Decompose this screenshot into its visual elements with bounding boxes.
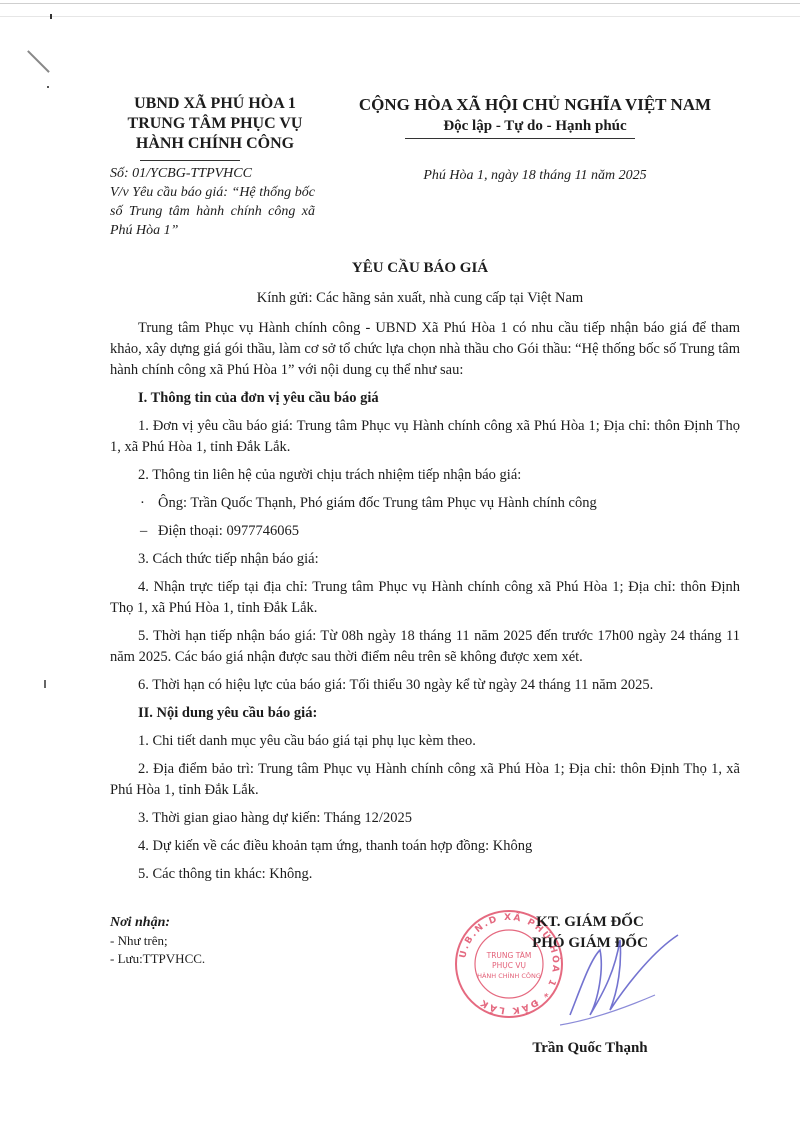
document-reference: Số: 01/YCBG-TTPVHCC V/v Yêu cầu báo giá:… [110, 164, 315, 240]
scan-edge-line [0, 16, 800, 17]
scan-mark [27, 50, 49, 72]
bullet-dot: · [140, 493, 145, 514]
authority-line-3: HÀNH CHÍNH CÔNG [100, 134, 330, 154]
document-number: Số: 01/YCBG-TTPVHCC [110, 164, 315, 183]
document-title: YÊU CẦU BÁO GIÁ [100, 260, 740, 277]
intro-paragraph: Trung tâm Phục vụ Hành chính công - UBND… [110, 318, 740, 381]
contact-phone-text: Điện thoại: 0977746065 [158, 523, 299, 539]
section-1-item-1: 1. Đơn vị yêu cầu báo giá: Trung tâm Phụ… [110, 416, 740, 458]
recipient-line: Kính gửi: Các hãng sản xuất, nhà cung cấ… [100, 290, 740, 307]
section-2-item-4: 4. Dự kiến về các điều khoản tạm ứng, th… [110, 836, 740, 857]
recipient-item: - Như trên; [110, 932, 330, 950]
section-2-heading: II. Nội dung yêu cầu báo giá: [110, 703, 740, 724]
section-2-item-2: 2. Địa điểm bảo trì: Trung tâm Phục vụ H… [110, 759, 740, 801]
recipients-block: Nơi nhận: - Như trên; - Lưu:TTPVHCC. [110, 914, 330, 968]
header-divider [405, 138, 635, 139]
issuing-authority: UBND XÃ PHÚ HÒA 1 TRUNG TÂM PHỤC VỤ HÀNH… [100, 94, 330, 154]
svg-text:HÀNH CHÍNH CÔNG: HÀNH CHÍNH CÔNG [477, 971, 541, 980]
signer-name: Trần Quốc Thạnh [470, 1040, 710, 1057]
svg-text:PHỤC VỤ: PHỤC VỤ [492, 961, 526, 970]
recipient-item: - Lưu:TTPVHCC. [110, 950, 330, 968]
section-1-item-4: 4. Nhận trực tiếp tại địa chỉ: Trung tâm… [110, 577, 740, 619]
bullet-dash: – [140, 521, 147, 542]
national-header: CỘNG HÒA XÃ HỘI CHỦ NGHĨA VIỆT NAM Độc l… [330, 94, 740, 136]
document-subject: V/v Yêu cầu báo giá: “Hệ thống bốc số Tr… [110, 183, 315, 240]
section-1-item-5: 5. Thời hạn tiếp nhận báo giá: Từ 08h ng… [110, 626, 740, 668]
document-body: Trung tâm Phục vụ Hành chính công - UBND… [110, 318, 740, 892]
scan-mark [50, 14, 52, 19]
recipients-label: Nơi nhận: [110, 914, 330, 932]
contact-phone: – Điện thoại: 0977746065 [110, 521, 740, 542]
scan-mark [44, 680, 46, 688]
contact-name: · Ông: Trần Quốc Thạnh, Phó giám đốc Tru… [110, 493, 740, 514]
section-1-item-3: 3. Cách thức tiếp nhận báo giá: [110, 549, 740, 570]
section-1-item-2: 2. Thông tin liên hệ của người chịu trác… [110, 465, 740, 486]
header-divider [140, 160, 240, 161]
scan-edge-line [0, 3, 800, 4]
national-motto: Độc lập - Tự do - Hạnh phúc [330, 116, 740, 136]
authority-line-2: TRUNG TÂM PHỤC VỤ [100, 114, 330, 134]
section-2-item-3: 3. Thời gian giao hàng dự kiến: Tháng 12… [110, 808, 740, 829]
contact-name-text: Ông: Trần Quốc Thạnh, Phó giám đốc Trung… [158, 495, 597, 511]
handwritten-signature-icon [560, 920, 680, 1030]
section-1-heading: I. Thông tin của đơn vị yêu cầu báo giá [110, 388, 740, 409]
place-date: Phú Hòa 1, ngày 18 tháng 11 năm 2025 [330, 168, 740, 184]
authority-line-1: UBND XÃ PHÚ HÒA 1 [100, 94, 330, 114]
section-2-item-1: 1. Chi tiết danh mục yêu cầu báo giá tại… [110, 731, 740, 752]
scan-mark [47, 86, 49, 88]
nation-title: CỘNG HÒA XÃ HỘI CHỦ NGHĨA VIỆT NAM [330, 94, 740, 116]
section-1-item-6: 6. Thời hạn có hiệu lực của báo giá: Tối… [110, 675, 740, 696]
section-2-item-5: 5. Các thông tin khác: Không. [110, 864, 740, 885]
